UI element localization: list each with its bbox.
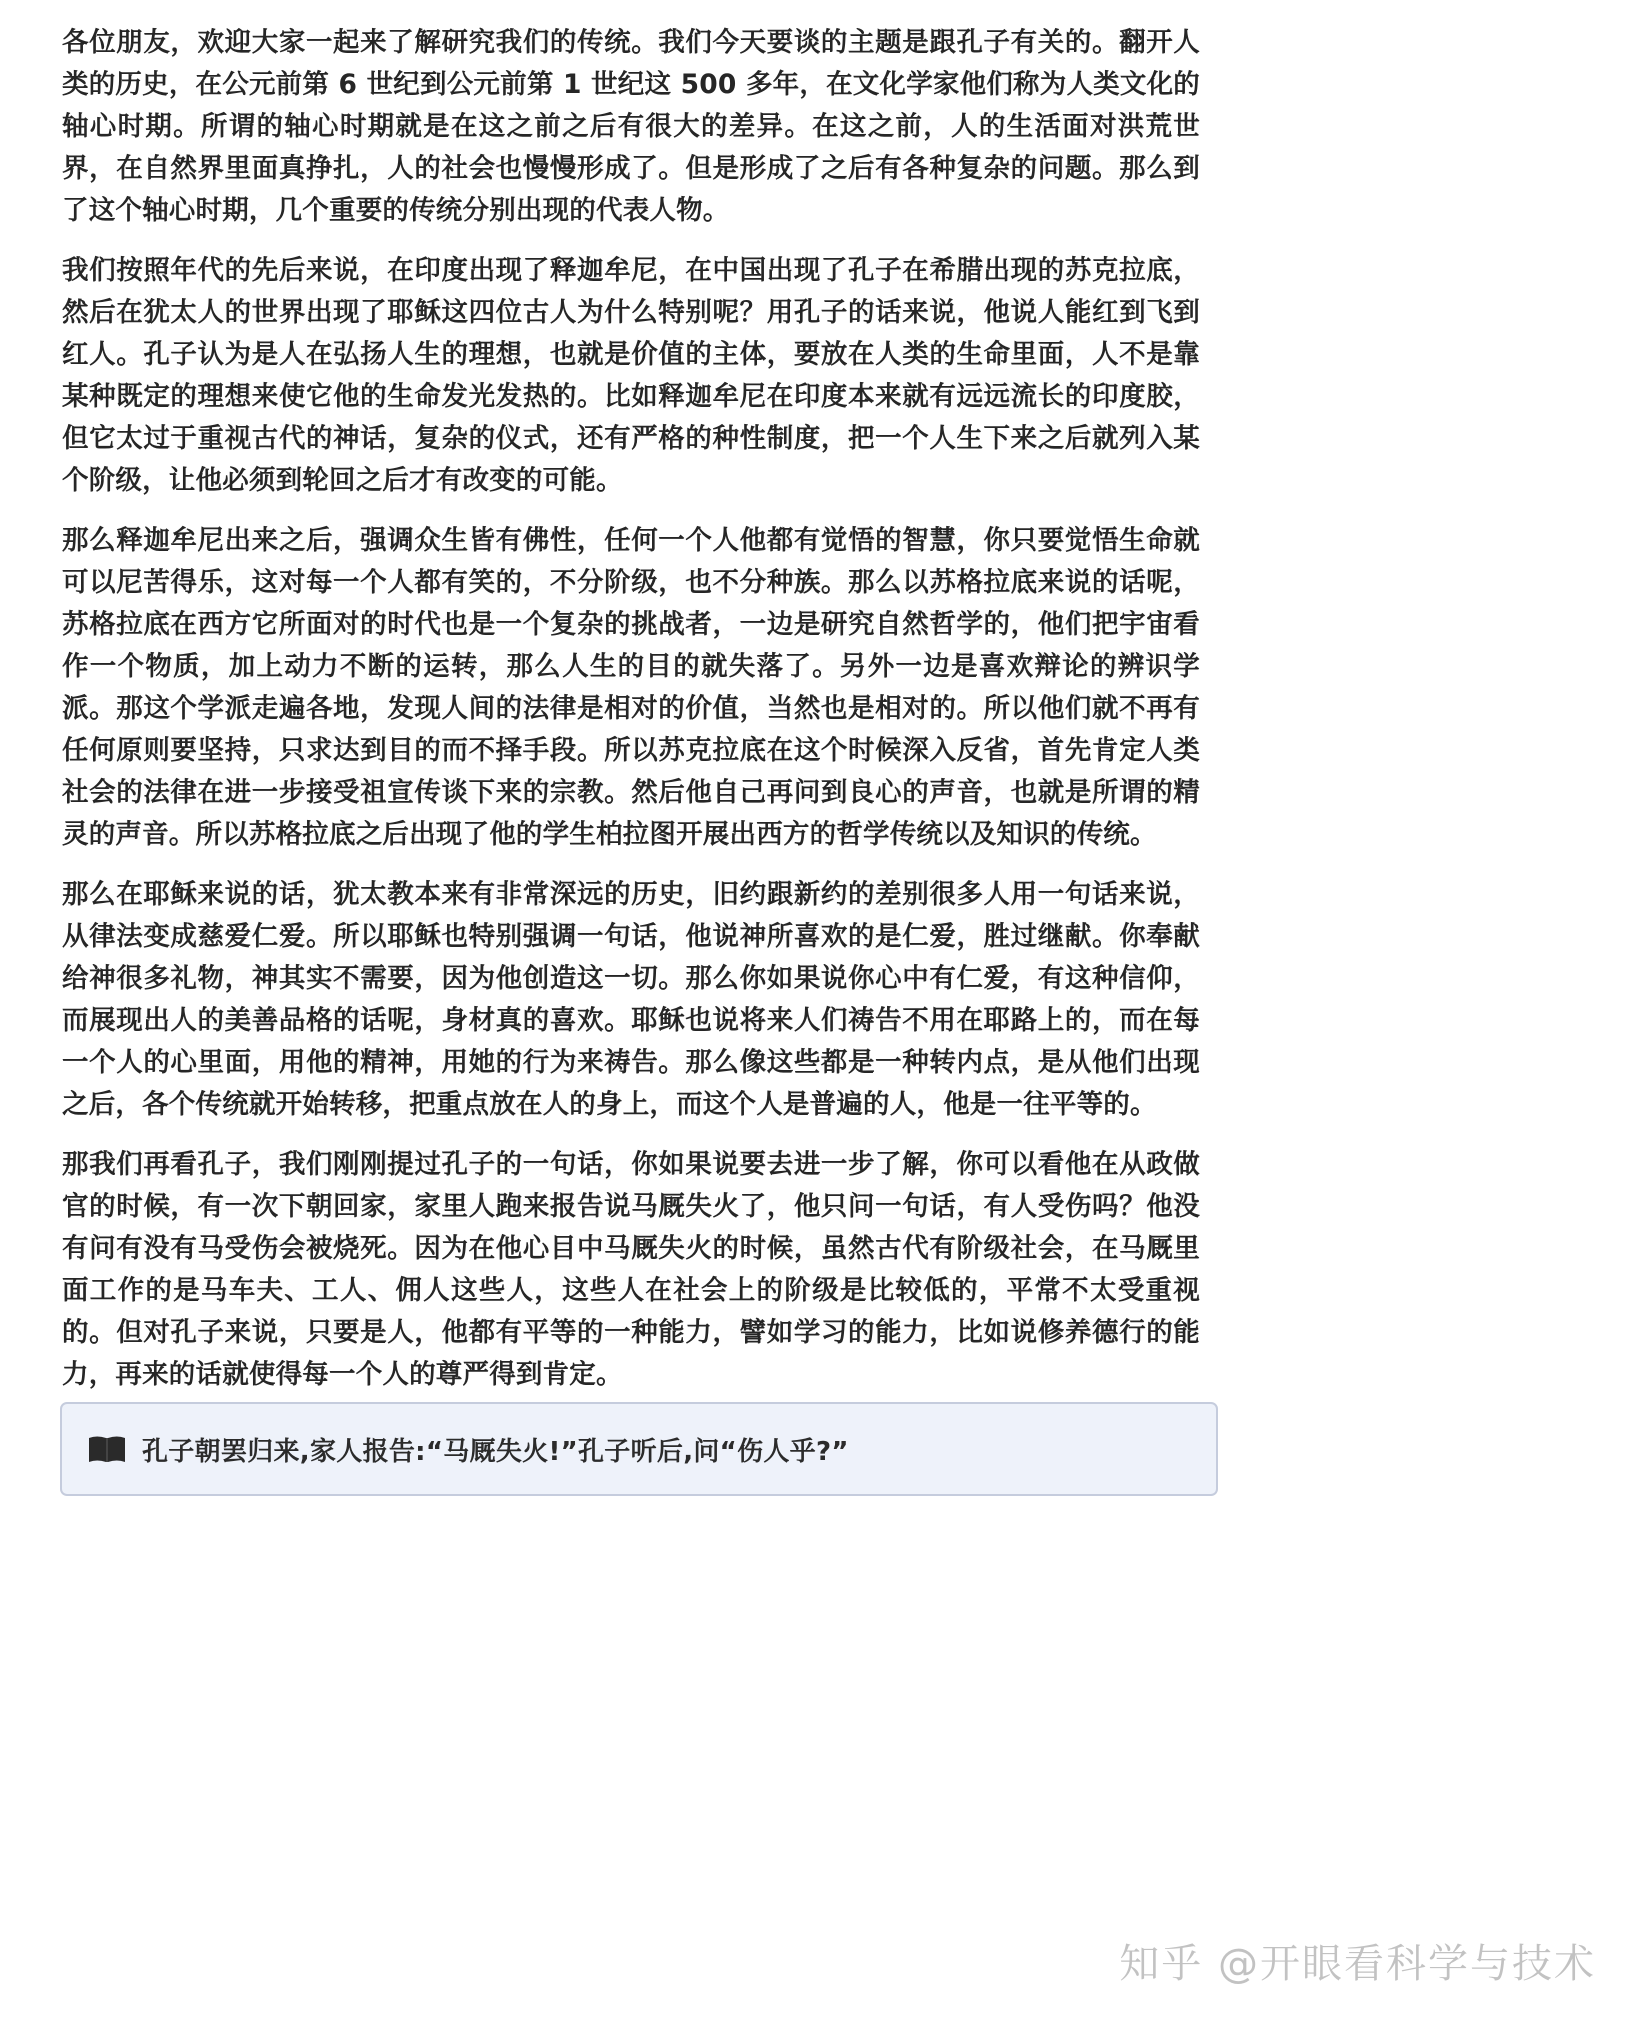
- watermark: 知乎 @开眼看科学与技术: [1119, 1932, 1596, 1989]
- quote-callout: 孔子朝罢归来,家人报告:“马厩失火!”孔子听后,问“伤人乎?”: [60, 1402, 1218, 1496]
- paragraph: 那我们再看孔子，我们刚刚提过孔子的一句话，你如果说要去进一步了解，你可以看他在从…: [62, 1144, 1200, 1396]
- paragraph: 那么释迦牟尼出来之后，强调众生皆有佛性，任何一个人他都有觉悟的智慧，你只要觉悟生…: [62, 520, 1200, 856]
- quote-text: 孔子朝罢归来,家人报告:“马厩失火!”孔子听后,问“伤人乎?”: [142, 1431, 849, 1468]
- article-body: 各位朋友，欢迎大家一起来了解研究我们的传统。我们今天要谈的主题是跟孔子有关的。翻…: [62, 22, 1200, 1414]
- book-icon: [88, 1435, 126, 1463]
- paragraph: 各位朋友，欢迎大家一起来了解研究我们的传统。我们今天要谈的主题是跟孔子有关的。翻…: [62, 22, 1200, 232]
- paragraph: 那么在耶稣来说的话，犹太教本来有非常深远的历史，旧约跟新约的差别很多人用一句话来…: [62, 874, 1200, 1126]
- paragraph: 我们按照年代的先后来说，在印度出现了释迦牟尼，在中国出现了孔子在希腊出现的苏克拉…: [62, 250, 1200, 502]
